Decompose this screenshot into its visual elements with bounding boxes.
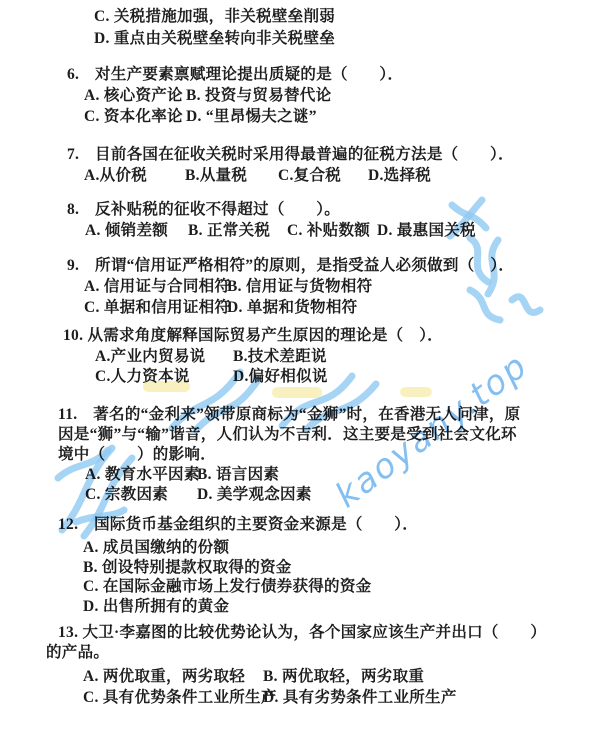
q13-stem-line-2: 的产品。 [46, 643, 546, 663]
q6-options-row-1: A. 核心资产论B. 投资与贸易替代论 [84, 85, 403, 106]
question-13: 13. 大卫·李嘉图的比较优势论认为，各个国家应该生产并出口（ ） 的产品。 A… [46, 623, 546, 708]
q10-option-d: D.偏好相似说 [233, 367, 328, 387]
q6-stem: 6. 对生产要素禀赋理论提出质疑的是（ ）． [67, 64, 403, 85]
q11-option-d: D. 美学观念因素 [197, 485, 312, 505]
question-10: 10. 从需求角度解释国际贸易产生原因的理论是（ ）． A.产业内贸易说B.技术… [63, 325, 443, 387]
q12-option-c: C. 在国际金融市场上发行债券获得的资金 [83, 577, 418, 597]
q13-option-c: C. 具有优势条件工业所生产 [83, 687, 263, 708]
q10-option-c: C.人力资本说 [95, 367, 233, 387]
q13-options-row-2: C. 具有优势条件工业所生产D. 具有劣势条件工业所生产 [83, 687, 546, 708]
q10-options-row-1: A.产业内贸易说B.技术差距说 [95, 347, 443, 367]
q9-option-b: B. 信用证与货物相符 [227, 276, 372, 297]
q9-option-c: C. 单据和信用证相符 [84, 297, 227, 318]
q7-option-a: A.从价税 [84, 165, 185, 186]
q6-options-row-2: C. 资本化率论D. “里昂惕夫之谜” [84, 106, 403, 127]
q13-option-b: B. 两优取轻，两劣取重 [263, 666, 424, 687]
q9-options-row-1: A. 信用证与合同相符B. 信用证与货物相符 [84, 276, 514, 297]
q10-stem: 10. 从需求角度解释国际贸易产生原因的理论是（ ）． [63, 325, 443, 347]
q11-option-b: B. 语言因素 [197, 465, 279, 485]
q13-options-row-1: A. 两优取重，两劣取轻B. 两优取轻，两劣取重 [83, 666, 546, 687]
q11-options-row-2: C. 宗教因素D. 美学观念因素 [85, 485, 520, 505]
q13-option-d: D. 具有劣势条件工业所生产 [263, 687, 457, 708]
q12-stem: 12. 国际货币基金组织的主要资金来源是（ ）． [58, 514, 418, 535]
q9-option-a: A. 信用证与合同相符 [84, 276, 227, 297]
q9-option-d: D. 单据和货物相符 [227, 297, 357, 318]
question-11: 11. 著名的“金利来”领带原商标为“金狮”时，在香港无人问津，原 因是“狮”与… [58, 405, 520, 505]
q11-stem-line-1: 11. 著名的“金利来”领带原商标为“金狮”时，在香港无人问津，原 [58, 405, 520, 425]
q6-option-a: A. 核心资产论 [84, 85, 186, 106]
q12-option-a: A. 成员国缴纳的份额 [83, 538, 418, 558]
q6-option-c: C. 资本化率论 [84, 106, 186, 127]
question-12: 12. 国际货币基金组织的主要资金来源是（ ）． A. 成员国缴纳的份额 B. … [58, 514, 418, 616]
question-6: 6. 对生产要素禀赋理论提出质疑的是（ ）． A. 核心资产论B. 投资与贸易替… [67, 64, 403, 127]
q8-option-a: A. 倾销差额 [85, 220, 188, 241]
q8-stem: 8. 反补贴税的征收不得超过（ ）。 [67, 199, 476, 220]
q6-option-d: D. “里昂惕夫之谜” [186, 106, 317, 127]
q8-option-d: D. 最惠国关税 [377, 220, 476, 241]
q13-option-a: A. 两优取重，两劣取轻 [83, 666, 263, 687]
q9-stem: 9. 所谓“信用证严格相符”的原则，是指受益人必须做到（ ）． [67, 255, 514, 276]
q8-options-row: A. 倾销差额B. 正常关税C. 补贴数额D. 最惠国关税 [85, 220, 476, 241]
q13-stem-line-1: 13. 大卫·李嘉图的比较优势论认为，各个国家应该生产并出口（ ） [58, 623, 546, 643]
q7-option-b: B.从量税 [185, 165, 278, 186]
question-9: 9. 所谓“信用证严格相符”的原则，是指受益人必须做到（ ）． A. 信用证与合… [67, 255, 514, 318]
q7-stem: 7. 目前各国在征收关税时采用得最普遍的征税方法是（ ）． [67, 144, 514, 165]
q6-option-b: B. 投资与贸易替代论 [186, 85, 331, 106]
q7-option-d: D.选择税 [368, 165, 431, 186]
q8-option-c: C. 补贴数额 [287, 220, 377, 241]
q10-options-row-2: C.人力资本说D.偏好相似说 [95, 367, 443, 387]
q7-option-c: C.复合税 [278, 165, 368, 186]
q11-stem-line-3: 境中（ ）的影响． [58, 445, 520, 465]
question-8: 8. 反补贴税的征收不得超过（ ）。 A. 倾销差额B. 正常关税C. 补贴数额… [67, 199, 476, 241]
q5-option-c: C. 关税措施加强，非关税壁垒削弱 [94, 6, 335, 28]
q5-option-d: D. 重点由关税壁垒转向非关税壁垒 [94, 28, 335, 50]
question-5-tail: C. 关税措施加强，非关税壁垒削弱 D. 重点由关税壁垒转向非关税壁垒 [94, 6, 335, 49]
q10-option-b: B.技术差距说 [233, 347, 327, 367]
q11-stem-line-2: 因是“狮”与“输”谐音，人们认为不吉利．这主要是受到社会文化环 [58, 425, 520, 445]
q12-option-b: B. 创设特别提款权取得的资金 [83, 558, 418, 578]
question-7: 7. 目前各国在征收关税时采用得最普遍的征税方法是（ ）． A.从价税B.从量税… [67, 144, 514, 186]
q10-option-a: A.产业内贸易说 [95, 347, 233, 367]
exam-page: C. 关税措施加强，非关税壁垒削弱 D. 重点由关税壁垒转向非关税壁垒 6. 对… [0, 0, 594, 740]
q11-option-a: A. 教育水平因素 [85, 465, 197, 485]
q7-options-row: A.从价税B.从量税C.复合税D.选择税 [84, 165, 514, 186]
q8-option-b: B. 正常关税 [188, 220, 287, 241]
q12-option-d: D. 出售所拥有的黄金 [83, 597, 418, 617]
q11-options-row-1: A. 教育水平因素B. 语言因素 [85, 465, 520, 485]
q11-option-c: C. 宗教因素 [85, 485, 197, 505]
q9-options-row-2: C. 单据和信用证相符D. 单据和货物相符 [84, 297, 514, 318]
